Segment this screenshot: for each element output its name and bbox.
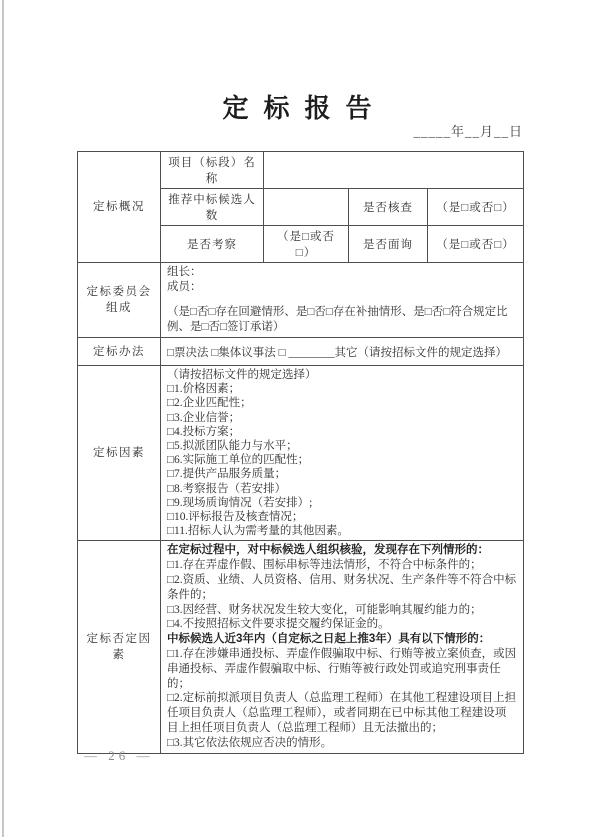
bid-award-form-table: 定标概况 项目（标段）名称 推荐中标候选人数 是否核查 （是□或否□） 是否考察… [77, 151, 524, 754]
check-options: （是□或否□） [428, 189, 524, 226]
negative-checkbox-item: □2.资质、业绩、人员资格、信用、财务状况、生产条件等不符合中标条件的； [167, 573, 517, 603]
page-number: — 26 — [84, 748, 154, 764]
negative-checkbox-item: □4.不按照招标文件要求提交履约保证金的。 [167, 617, 517, 632]
negative-checkbox-item: □3.其它依法依规应否决的情形。 [167, 736, 517, 751]
scanned-document-page: 定标报告 _____年__月__日 定标概况 项目（标段）名称 推荐中标候选人数… [0, 0, 594, 837]
factor-checkbox-item: □11.招标人认为需考量的其他因素。 [167, 524, 517, 538]
check-label: 是否核查 [349, 189, 428, 226]
method-options: □票决法 □集体议事法 □ ________其它（请按招标文件的规定选择） [161, 338, 524, 366]
factor-checkbox-item: □3.企业信誉； [167, 411, 517, 425]
factor-checkbox-item: □10.评标报告及核查情况； [167, 510, 517, 524]
negative-checkbox-item: □2.定标前拟派项目负责人（总监理工程师）在其他工程建设项目上担任项目负责人（总… [167, 691, 517, 735]
committee-leader-label: 组长： [167, 265, 517, 280]
factor-checkbox-item: □2.企业匹配性； [167, 396, 517, 410]
project-name-value [264, 152, 524, 189]
section-label-negative: 定标否定因素 [78, 541, 161, 753]
negative-checkbox-item: □1.存在弄虚作假、围标串标等违法情形，不符合中标条件的； [167, 558, 517, 573]
factor-checkbox-item: □5.拟派团队能力与水平； [167, 439, 517, 453]
interview-label: 是否面询 [349, 226, 428, 263]
scan-edge-artifact [2, 0, 4, 837]
section-label-committee: 定标委员会组成 [78, 263, 161, 338]
section-label-method: 定标办法 [78, 338, 161, 366]
factors-cell: （请按招标文件的规定选择） □1.价格因素；□2.企业匹配性；□3.企业信誉；□… [161, 366, 524, 541]
factor-checkbox-item: □4.投标方案； [167, 425, 517, 439]
factors-hint: （请按招标文件的规定选择） [167, 368, 517, 382]
factor-checkbox-item: □9.现场质询情况（若安排）; [167, 496, 517, 510]
factor-checkbox-item: □6.实际施工单位的匹配性； [167, 453, 517, 467]
committee-member-label: 成员： [167, 280, 517, 295]
negative-checkbox-item: □3.因经营、财务状况发生较大变化，可能影响其履约能力的； [167, 603, 517, 618]
section-label-factors: 定标因素 [78, 366, 161, 541]
factors-list: □1.价格因素；□2.企业匹配性；□3.企业信誉；□4.投标方案；□5.拟派团队… [167, 382, 517, 538]
negative-cell: 在定标过程中，对中标候选人组织核验，发现存在下列情形的： □1.存在弄虚作假、围… [161, 541, 524, 753]
project-name-label: 项目（标段）名称 [161, 152, 264, 189]
negative-group1-header: 在定标过程中，对中标候选人组织核验，发现存在下列情形的： [167, 543, 517, 558]
interview-options: （是□或否□） [428, 226, 524, 263]
negative-checkbox-item: □1.存在涉嫌串通投标、弄虚作假骗取中标、行贿等被立案侦查，或因串通投标、弄虚作… [167, 647, 517, 691]
committee-cell: 组长： 成员： （是□否□存在回避情形、是□否□存在补抽情形、是□否□符合规定比… [161, 263, 524, 338]
committee-spacer [167, 295, 517, 305]
date-line: _____年__月__日 [413, 121, 523, 140]
negative-group2-header: 中标候选人近3年内（自定标之日起上推3年）具有以下情形的： [167, 632, 517, 647]
committee-note: （是□否□存在回避情形、是□否□存在补抽情形、是□否□符合规定比例、是□否□签订… [167, 305, 517, 335]
candidate-count-label: 推荐中标候选人数 [161, 189, 264, 226]
negative-group1-list: □1.存在弄虚作假、围标串标等违法情形，不符合中标条件的；□2.资质、业绩、人员… [167, 558, 517, 632]
section-label-overview: 定标概况 [78, 152, 161, 263]
inspect-options: （是□或否□） [264, 226, 349, 263]
factor-checkbox-item: □8.考察报告（若安排） [167, 482, 517, 496]
page-title: 定标报告 [0, 88, 594, 125]
negative-group2-list: □1.存在涉嫌串通投标、弄虚作假骗取中标、行贿等被立案侦查，或因串通投标、弄虚作… [167, 647, 517, 751]
factor-checkbox-item: □1.价格因素； [167, 382, 517, 396]
factor-checkbox-item: □7.提供产品服务质量； [167, 467, 517, 481]
candidate-count-value [264, 189, 349, 226]
inspect-label: 是否考察 [161, 226, 264, 263]
